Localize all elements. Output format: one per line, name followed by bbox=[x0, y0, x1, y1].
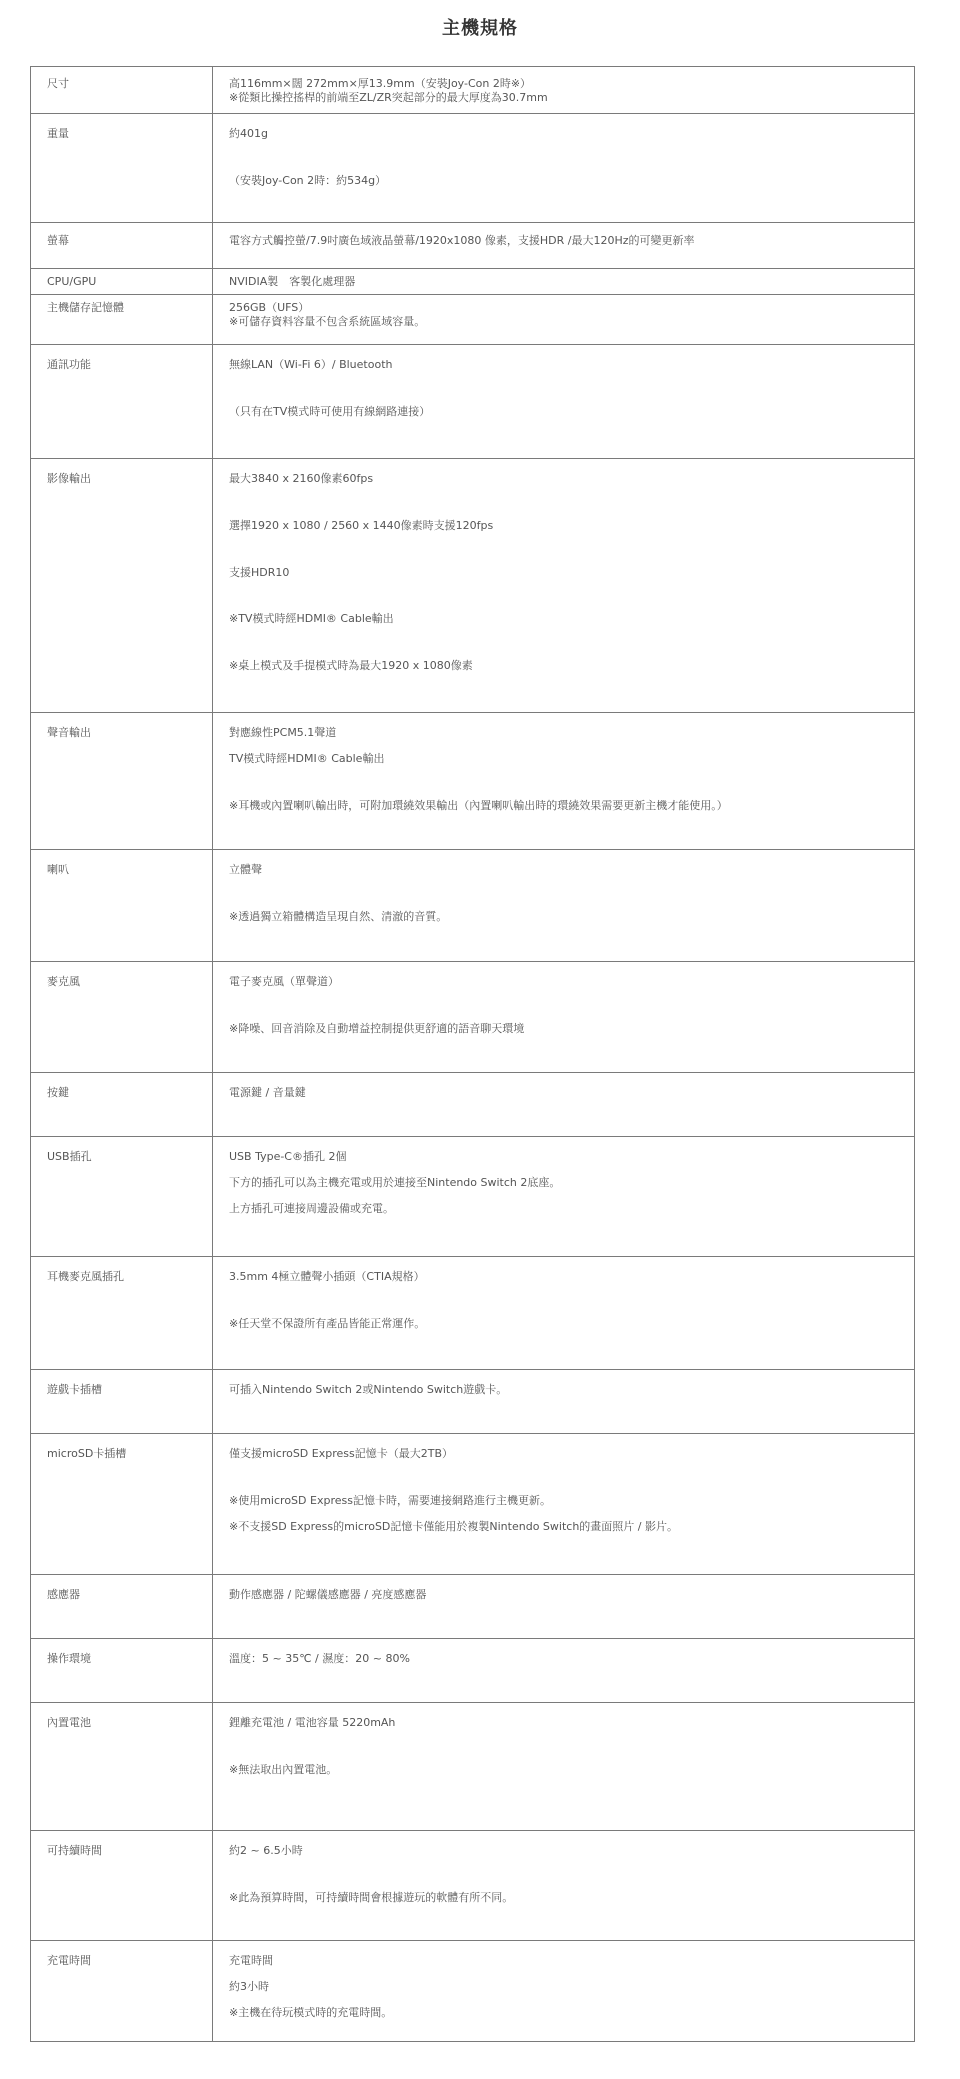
spec-line: （只有在TV模式時可使用有線網路連接） bbox=[229, 405, 914, 419]
spec-note: ※降噪、回音消除及自動增益控制提供更舒適的語音聊天環境 bbox=[229, 1022, 914, 1036]
spec-line: TV模式時經HDMI® Cable輸出 bbox=[229, 752, 914, 766]
spec-note: ※透過獨立箱體構造呈現自然、清澈的音質。 bbox=[229, 910, 914, 924]
spec-line: 溫度：5 ~ 35℃ / 濕度：20 ~ 80% bbox=[229, 1652, 914, 1666]
spec-note: ※主機在待玩模式時的充電時間。 bbox=[229, 2006, 914, 2020]
spec-line: 高116mm×闊 272mm×厚13.9mm（安裝Joy-Con 2時※） bbox=[229, 77, 914, 91]
spec-label: 遊戲卡插槽 bbox=[31, 1370, 213, 1434]
spec-value: 可插入Nintendo Switch 2或Nintendo Switch遊戲卡。 bbox=[213, 1370, 915, 1434]
spec-note: ※使用microSD Express記憶卡時，需要連接網路進行主機更新。 bbox=[229, 1494, 914, 1508]
spec-value: 溫度：5 ~ 35℃ / 濕度：20 ~ 80% bbox=[213, 1639, 915, 1703]
spec-row-screen: 螢幕 電容方式觸控螢/7.9吋廣色域液晶螢幕/1920x1080 像素，支援HD… bbox=[31, 223, 915, 269]
spec-label: 影像輸出 bbox=[31, 459, 213, 713]
spec-line: 3.5mm 4極立體聲小插頭（CTIA規格） bbox=[229, 1270, 914, 1284]
spec-row-usb-ports: USB插孔 USB Type-C®插孔 2個 下方的插孔可以為主機充電或用於連接… bbox=[31, 1137, 915, 1257]
spec-label: USB插孔 bbox=[31, 1137, 213, 1257]
spec-value: USB Type-C®插孔 2個 下方的插孔可以為主機充電或用於連接至Ninte… bbox=[213, 1137, 915, 1257]
spec-value: 動作感應器 / 陀螺儀感應器 / 亮度感應器 bbox=[213, 1575, 915, 1639]
spec-value: 鋰離充電池 / 電池容量 5220mAh ※無法取出內置電池。 bbox=[213, 1703, 915, 1831]
spec-label: 重量 bbox=[31, 114, 213, 223]
spec-row-storage: 主機儲存記憶體 256GB（UFS） ※可儲存資料容量不包含系統區域容量。 bbox=[31, 295, 915, 345]
spec-row-game-card-slot: 遊戲卡插槽 可插入Nintendo Switch 2或Nintendo Swit… bbox=[31, 1370, 915, 1434]
spec-row-headphone-jack: 耳機麥克風插孔 3.5mm 4極立體聲小插頭（CTIA規格） ※任天堂不保證所有… bbox=[31, 1257, 915, 1370]
spec-line: 電源鍵 / 音量鍵 bbox=[229, 1086, 914, 1100]
spec-line: 選擇1920 x 1080 / 2560 x 1440像素時支援120fps bbox=[229, 519, 914, 533]
spec-note: ※耳機或內置喇叭輸出時，可附加環繞效果輸出（內置喇叭輸出時的環繞效果需要更新主機… bbox=[229, 799, 914, 813]
spec-label: 按鍵 bbox=[31, 1073, 213, 1137]
spec-value: 僅支援microSD Express記憶卡（最大2TB） ※使用microSD … bbox=[213, 1434, 915, 1575]
spec-label: 麥克風 bbox=[31, 962, 213, 1073]
spec-note: ※此為預算時間，可持續時間會根據遊玩的軟體有所不同。 bbox=[229, 1891, 914, 1905]
spec-value: 3.5mm 4極立體聲小插頭（CTIA規格） ※任天堂不保證所有產品皆能正常運作… bbox=[213, 1257, 915, 1370]
spec-row-audio-output: 聲音輸出 對應線性PCM5.1聲道 TV模式時經HDMI® Cable輸出 ※耳… bbox=[31, 713, 915, 850]
spec-value: NVIDIA製 客製化處理器 bbox=[213, 269, 915, 295]
spec-label: 尺寸 bbox=[31, 67, 213, 114]
page-title: 主機規格 bbox=[0, 14, 960, 40]
spec-note: ※無法取出內置電池。 bbox=[229, 1763, 914, 1777]
spec-table: 尺寸 高116mm×闊 272mm×厚13.9mm（安裝Joy-Con 2時※）… bbox=[30, 66, 915, 2042]
spec-line: 動作感應器 / 陀螺儀感應器 / 亮度感應器 bbox=[229, 1588, 914, 1602]
spec-label: 喇叭 bbox=[31, 850, 213, 962]
spec-label: 操作環境 bbox=[31, 1639, 213, 1703]
spec-note: ※桌上模式及手提模式時為最大1920 x 1080像素 bbox=[229, 659, 914, 673]
spec-row-battery-life: 可持續時間 約2 ~ 6.5小時 ※此為預算時間，可持續時間會根據遊玩的軟體有所… bbox=[31, 1831, 915, 1941]
spec-row-speakers: 喇叭 立體聲 ※透過獨立箱體構造呈現自然、清澈的音質。 bbox=[31, 850, 915, 962]
spec-line: 上方插孔可連接周邊設備或充電。 bbox=[229, 1202, 914, 1216]
spec-value: 電容方式觸控螢/7.9吋廣色域液晶螢幕/1920x1080 像素，支援HDR /… bbox=[213, 223, 915, 269]
spec-line: 約3小時 bbox=[229, 1980, 914, 1994]
spec-label: 感應器 bbox=[31, 1575, 213, 1639]
spec-label: 可持續時間 bbox=[31, 1831, 213, 1941]
spec-line: 約2 ~ 6.5小時 bbox=[229, 1844, 914, 1858]
spec-line: USB Type-C®插孔 2個 bbox=[229, 1150, 914, 1164]
spec-line: 電子麥克風（單聲道） bbox=[229, 975, 914, 989]
spec-row-weight: 重量 約401g （安裝Joy-Con 2時：約534g） bbox=[31, 114, 915, 223]
spec-value: 無線LAN（Wi-Fi 6）/ Bluetooth （只有在TV模式時可使用有線… bbox=[213, 345, 915, 459]
spec-line: 約401g bbox=[229, 127, 914, 141]
spec-value: 高116mm×闊 272mm×厚13.9mm（安裝Joy-Con 2時※） ※從… bbox=[213, 67, 915, 114]
spec-line: 可插入Nintendo Switch 2或Nintendo Switch遊戲卡。 bbox=[229, 1383, 914, 1397]
spec-label: 內置電池 bbox=[31, 1703, 213, 1831]
spec-line: 鋰離充電池 / 電池容量 5220mAh bbox=[229, 1716, 914, 1730]
spec-row-video-output: 影像輸出 最大3840 x 2160像素60fps 選擇1920 x 1080 … bbox=[31, 459, 915, 713]
spec-row-size: 尺寸 高116mm×闊 272mm×厚13.9mm（安裝Joy-Con 2時※）… bbox=[31, 67, 915, 114]
spec-row-microphone: 麥克風 電子麥克風（單聲道） ※降噪、回音消除及自動增益控制提供更舒適的語音聊天… bbox=[31, 962, 915, 1073]
spec-value: 對應線性PCM5.1聲道 TV模式時經HDMI® Cable輸出 ※耳機或內置喇… bbox=[213, 713, 915, 850]
spec-value: 電子麥克風（單聲道） ※降噪、回音消除及自動增益控制提供更舒適的語音聊天環境 bbox=[213, 962, 915, 1073]
spec-note: ※任天堂不保證所有產品皆能正常運作。 bbox=[229, 1317, 914, 1331]
spec-row-buttons: 按鍵 電源鍵 / 音量鍵 bbox=[31, 1073, 915, 1137]
spec-label: 主機儲存記憶體 bbox=[31, 295, 213, 345]
spec-row-operating-environment: 操作環境 溫度：5 ~ 35℃ / 濕度：20 ~ 80% bbox=[31, 1639, 915, 1703]
spec-value: 約2 ~ 6.5小時 ※此為預算時間，可持續時間會根據遊玩的軟體有所不同。 bbox=[213, 1831, 915, 1941]
spec-row-connectivity: 通訊功能 無線LAN（Wi-Fi 6）/ Bluetooth （只有在TV模式時… bbox=[31, 345, 915, 459]
spec-label: 耳機麥克風插孔 bbox=[31, 1257, 213, 1370]
spec-label: 通訊功能 bbox=[31, 345, 213, 459]
spec-line: 僅支援microSD Express記憶卡（最大2TB） bbox=[229, 1447, 914, 1461]
spec-label: microSD卡插槽 bbox=[31, 1434, 213, 1575]
spec-line: NVIDIA製 客製化處理器 bbox=[229, 275, 914, 289]
spec-note: ※不支援SD Express的microSD記憶卡僅能用於複製Nintendo … bbox=[229, 1520, 914, 1534]
spec-row-battery: 內置電池 鋰離充電池 / 電池容量 5220mAh ※無法取出內置電池。 bbox=[31, 1703, 915, 1831]
spec-label: 聲音輸出 bbox=[31, 713, 213, 850]
spec-note: ※從類比操控搖桿的前端至ZL/ZR突起部分的最大厚度為30.7mm bbox=[229, 91, 914, 105]
spec-value: 充電時間 約3小時 ※主機在待玩模式時的充電時間。 bbox=[213, 1941, 915, 2042]
spec-value: 立體聲 ※透過獨立箱體構造呈現自然、清澈的音質。 bbox=[213, 850, 915, 962]
spec-label: 充電時間 bbox=[31, 1941, 213, 2042]
spec-line: 立體聲 bbox=[229, 863, 914, 877]
spec-value: 約401g （安裝Joy-Con 2時：約534g） bbox=[213, 114, 915, 223]
spec-value: 256GB（UFS） ※可儲存資料容量不包含系統區域容量。 bbox=[213, 295, 915, 345]
spec-row-charging-time: 充電時間 充電時間 約3小時 ※主機在待玩模式時的充電時間。 bbox=[31, 1941, 915, 2042]
spec-line: 無線LAN（Wi-Fi 6）/ Bluetooth bbox=[229, 358, 914, 372]
spec-line: 電容方式觸控螢/7.9吋廣色域液晶螢幕/1920x1080 像素，支援HDR /… bbox=[229, 234, 914, 248]
spec-row-microsd-slot: microSD卡插槽 僅支援microSD Express記憶卡（最大2TB） … bbox=[31, 1434, 915, 1575]
spec-row-sensors: 感應器 動作感應器 / 陀螺儀感應器 / 亮度感應器 bbox=[31, 1575, 915, 1639]
spec-note: ※TV模式時經HDMI® Cable輸出 bbox=[229, 612, 914, 626]
spec-line: 對應線性PCM5.1聲道 bbox=[229, 726, 914, 740]
spec-line: 256GB（UFS） bbox=[229, 301, 914, 315]
spec-line: 支援HDR10 bbox=[229, 566, 914, 580]
spec-value: 電源鍵 / 音量鍵 bbox=[213, 1073, 915, 1137]
spec-label: CPU/GPU bbox=[31, 269, 213, 295]
spec-line: 最大3840 x 2160像素60fps bbox=[229, 472, 914, 486]
spec-line: （安裝Joy-Con 2時：約534g） bbox=[229, 174, 914, 188]
spec-value: 最大3840 x 2160像素60fps 選擇1920 x 1080 / 256… bbox=[213, 459, 915, 713]
spec-note: ※可儲存資料容量不包含系統區域容量。 bbox=[229, 315, 914, 329]
spec-line: 充電時間 bbox=[229, 1954, 914, 1968]
spec-row-cpu-gpu: CPU/GPU NVIDIA製 客製化處理器 bbox=[31, 269, 915, 295]
spec-label: 螢幕 bbox=[31, 223, 213, 269]
spec-line: 下方的插孔可以為主機充電或用於連接至Nintendo Switch 2底座。 bbox=[229, 1176, 914, 1190]
